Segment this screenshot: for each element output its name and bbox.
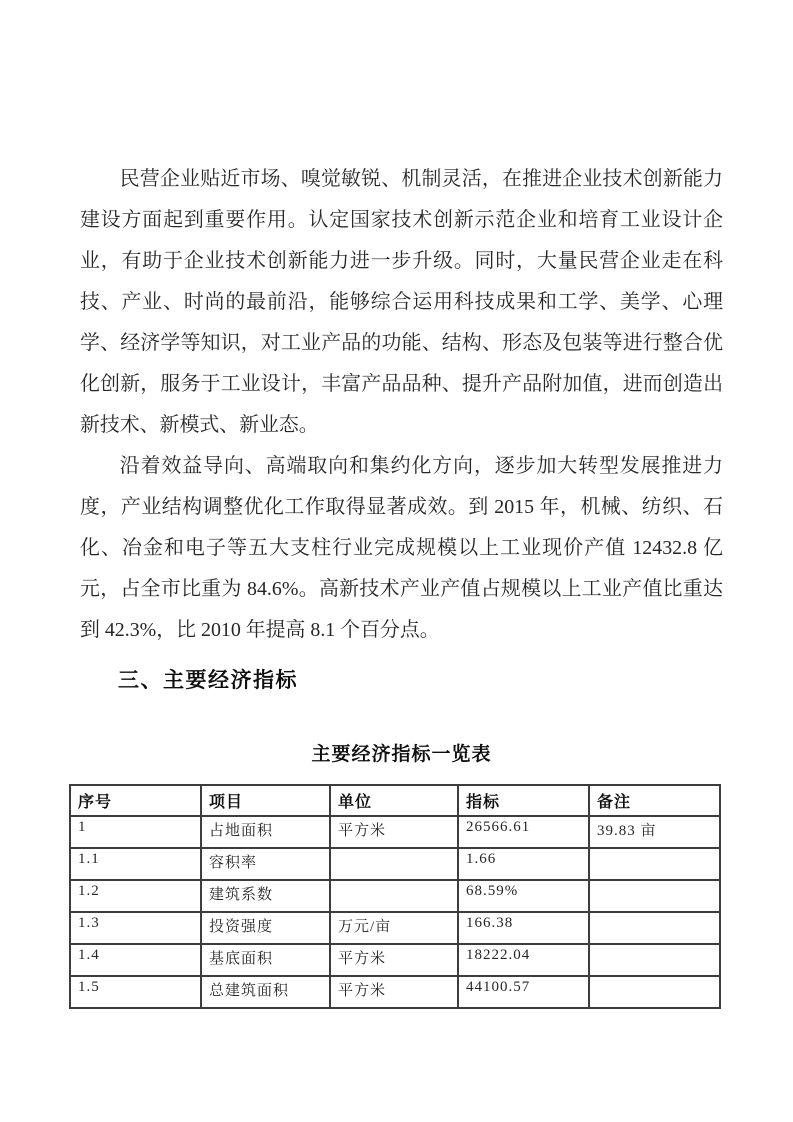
document-content: 民营企业贴近市场、嗅觉敏锐、机制灵活，在推进企业技术创新能力建设方面起到重要作用…	[80, 159, 723, 1009]
table-cell	[330, 848, 458, 880]
table-cell: 26566.61	[458, 816, 589, 848]
table-cell: 1.66	[458, 848, 589, 880]
table-cell	[589, 912, 720, 944]
indicators-table-body: 1占地面积平方米26566.6139.83 亩1.1容积率1.661.2建筑系数…	[70, 816, 720, 1008]
table-cell: 建筑系数	[201, 880, 330, 912]
table-cell: 1.3	[70, 912, 201, 944]
body-paragraph-2: 沿着效益导向、高端取向和集约化方向，逐步加大转型发展推进力度，产业结构调整优化工…	[80, 446, 723, 651]
body-paragraph-1: 民营企业贴近市场、嗅觉敏锐、机制灵活，在推进企业技术创新能力建设方面起到重要作用…	[80, 159, 723, 446]
table-cell: 万元/亩	[330, 912, 458, 944]
table-header-cell: 序号	[70, 785, 201, 816]
table-header-row: 序号项目单位指标备注	[70, 785, 720, 816]
table-cell: 1.4	[70, 944, 201, 976]
table-cell: 44100.57	[458, 976, 589, 1008]
table-cell: 18222.04	[458, 944, 589, 976]
table-header-cell: 指标	[458, 785, 589, 816]
table-cell: 166.38	[458, 912, 589, 944]
table-cell: 68.59%	[458, 880, 589, 912]
section-heading: 三、主要经济指标	[80, 660, 723, 701]
table-header-cell: 单位	[330, 785, 458, 816]
table-header-cell: 备注	[589, 785, 720, 816]
table-cell: 平方米	[330, 976, 458, 1008]
table-cell: 占地面积	[201, 816, 330, 848]
table-header-cell: 项目	[201, 785, 330, 816]
table-cell	[589, 848, 720, 880]
table-cell: 1.1	[70, 848, 201, 880]
table-row: 1.1容积率1.66	[70, 848, 720, 880]
table-cell	[589, 880, 720, 912]
table-cell: 容积率	[201, 848, 330, 880]
table-row: 1.4基底面积平方米18222.04	[70, 944, 720, 976]
table-row: 1.3投资强度万元/亩166.38	[70, 912, 720, 944]
table-cell: 1.5	[70, 976, 201, 1008]
table-row: 1占地面积平方米26566.6139.83 亩	[70, 816, 720, 848]
table-title: 主要经济指标一览表	[80, 740, 723, 770]
table-cell: 总建筑面积	[201, 976, 330, 1008]
table-cell: 1	[70, 816, 201, 848]
table-cell: 投资强度	[201, 912, 330, 944]
table-cell: 1.2	[70, 880, 201, 912]
table-row: 1.2建筑系数68.59%	[70, 880, 720, 912]
table-cell: 39.83 亩	[589, 816, 720, 848]
table-cell	[589, 976, 720, 1008]
document-page: 民营企业贴近市场、嗅觉敏锐、机制灵活，在推进企业技术创新能力建设方面起到重要作用…	[0, 0, 793, 1122]
table-cell	[330, 880, 458, 912]
table-cell: 基底面积	[201, 944, 330, 976]
table-row: 1.5总建筑面积平方米44100.57	[70, 976, 720, 1008]
table-cell: 平方米	[330, 944, 458, 976]
table-cell	[589, 944, 720, 976]
table-cell: 平方米	[330, 816, 458, 848]
economic-indicators-table: 序号项目单位指标备注 1占地面积平方米26566.6139.83 亩1.1容积率…	[69, 784, 721, 1009]
